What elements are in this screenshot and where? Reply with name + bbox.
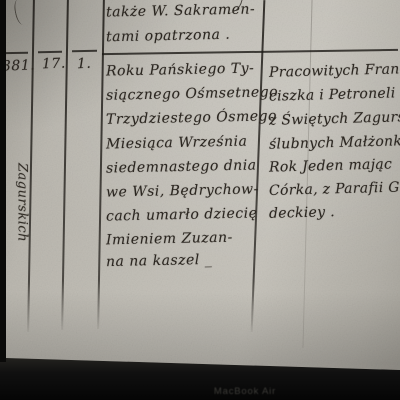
family-line: deckiey . <box>269 205 335 221</box>
entry-line: siedemnastego dnia <box>106 158 257 175</box>
family-line: z Świętych Zagurs <box>269 110 400 128</box>
screen-photo: MacBook Air 381. 17. 1. Zagurskich także… <box>0 0 400 400</box>
table-row-dash-3 <box>72 50 97 52</box>
table-column-line-2 <box>61 0 68 330</box>
entry-line: Imieniem Zuzan- <box>106 231 233 248</box>
entry-line: Roku Pańskiego Ty- <box>106 61 255 78</box>
document-page: 381. 17. 1. Zagurskich także W. Sakramen… <box>6 0 400 374</box>
entry-line: Miesiąca Września <box>106 135 248 152</box>
family-line: Pracowitych Fran- <box>269 62 400 80</box>
margin-surname: Zagurskich <box>16 144 29 262</box>
family-line: ślubnych Małżonk <box>269 134 400 151</box>
register-table: 381. 17. 1. Zagurskich także W. Sakramen… <box>6 0 400 374</box>
table-column-line-3 <box>97 0 104 329</box>
family-line: Córka, z Parafii Gro- <box>269 180 400 198</box>
family-line: Rok Jeden mając <box>269 157 392 174</box>
prev-entry-line: tami opatrzona . <box>106 28 231 45</box>
entry-line: na na kaszel _ <box>106 253 213 269</box>
entry-line: Trzydziestego Ósmego <box>106 109 277 127</box>
record-number: 381. <box>2 58 36 73</box>
prev-entry-line: także W. Sakramen- <box>106 2 255 19</box>
ink-flourish-margin <box>12 0 28 26</box>
table-row-dash-2 <box>38 51 62 53</box>
photo-left-edge <box>0 0 6 362</box>
entry-number: 1. <box>77 57 92 71</box>
entry-line: siącznego Ośmsetnego <box>106 85 278 103</box>
death-number: 17. <box>42 57 66 72</box>
entry-line: cach umarło dziecię <box>106 206 258 223</box>
family-line: ciszka i Petroneli <box>269 86 396 103</box>
laptop-bezel-label: MacBook Air <box>45 386 400 397</box>
table-row-line <box>102 49 398 55</box>
entry-line: we Wsi, Będrychow- <box>106 182 259 199</box>
